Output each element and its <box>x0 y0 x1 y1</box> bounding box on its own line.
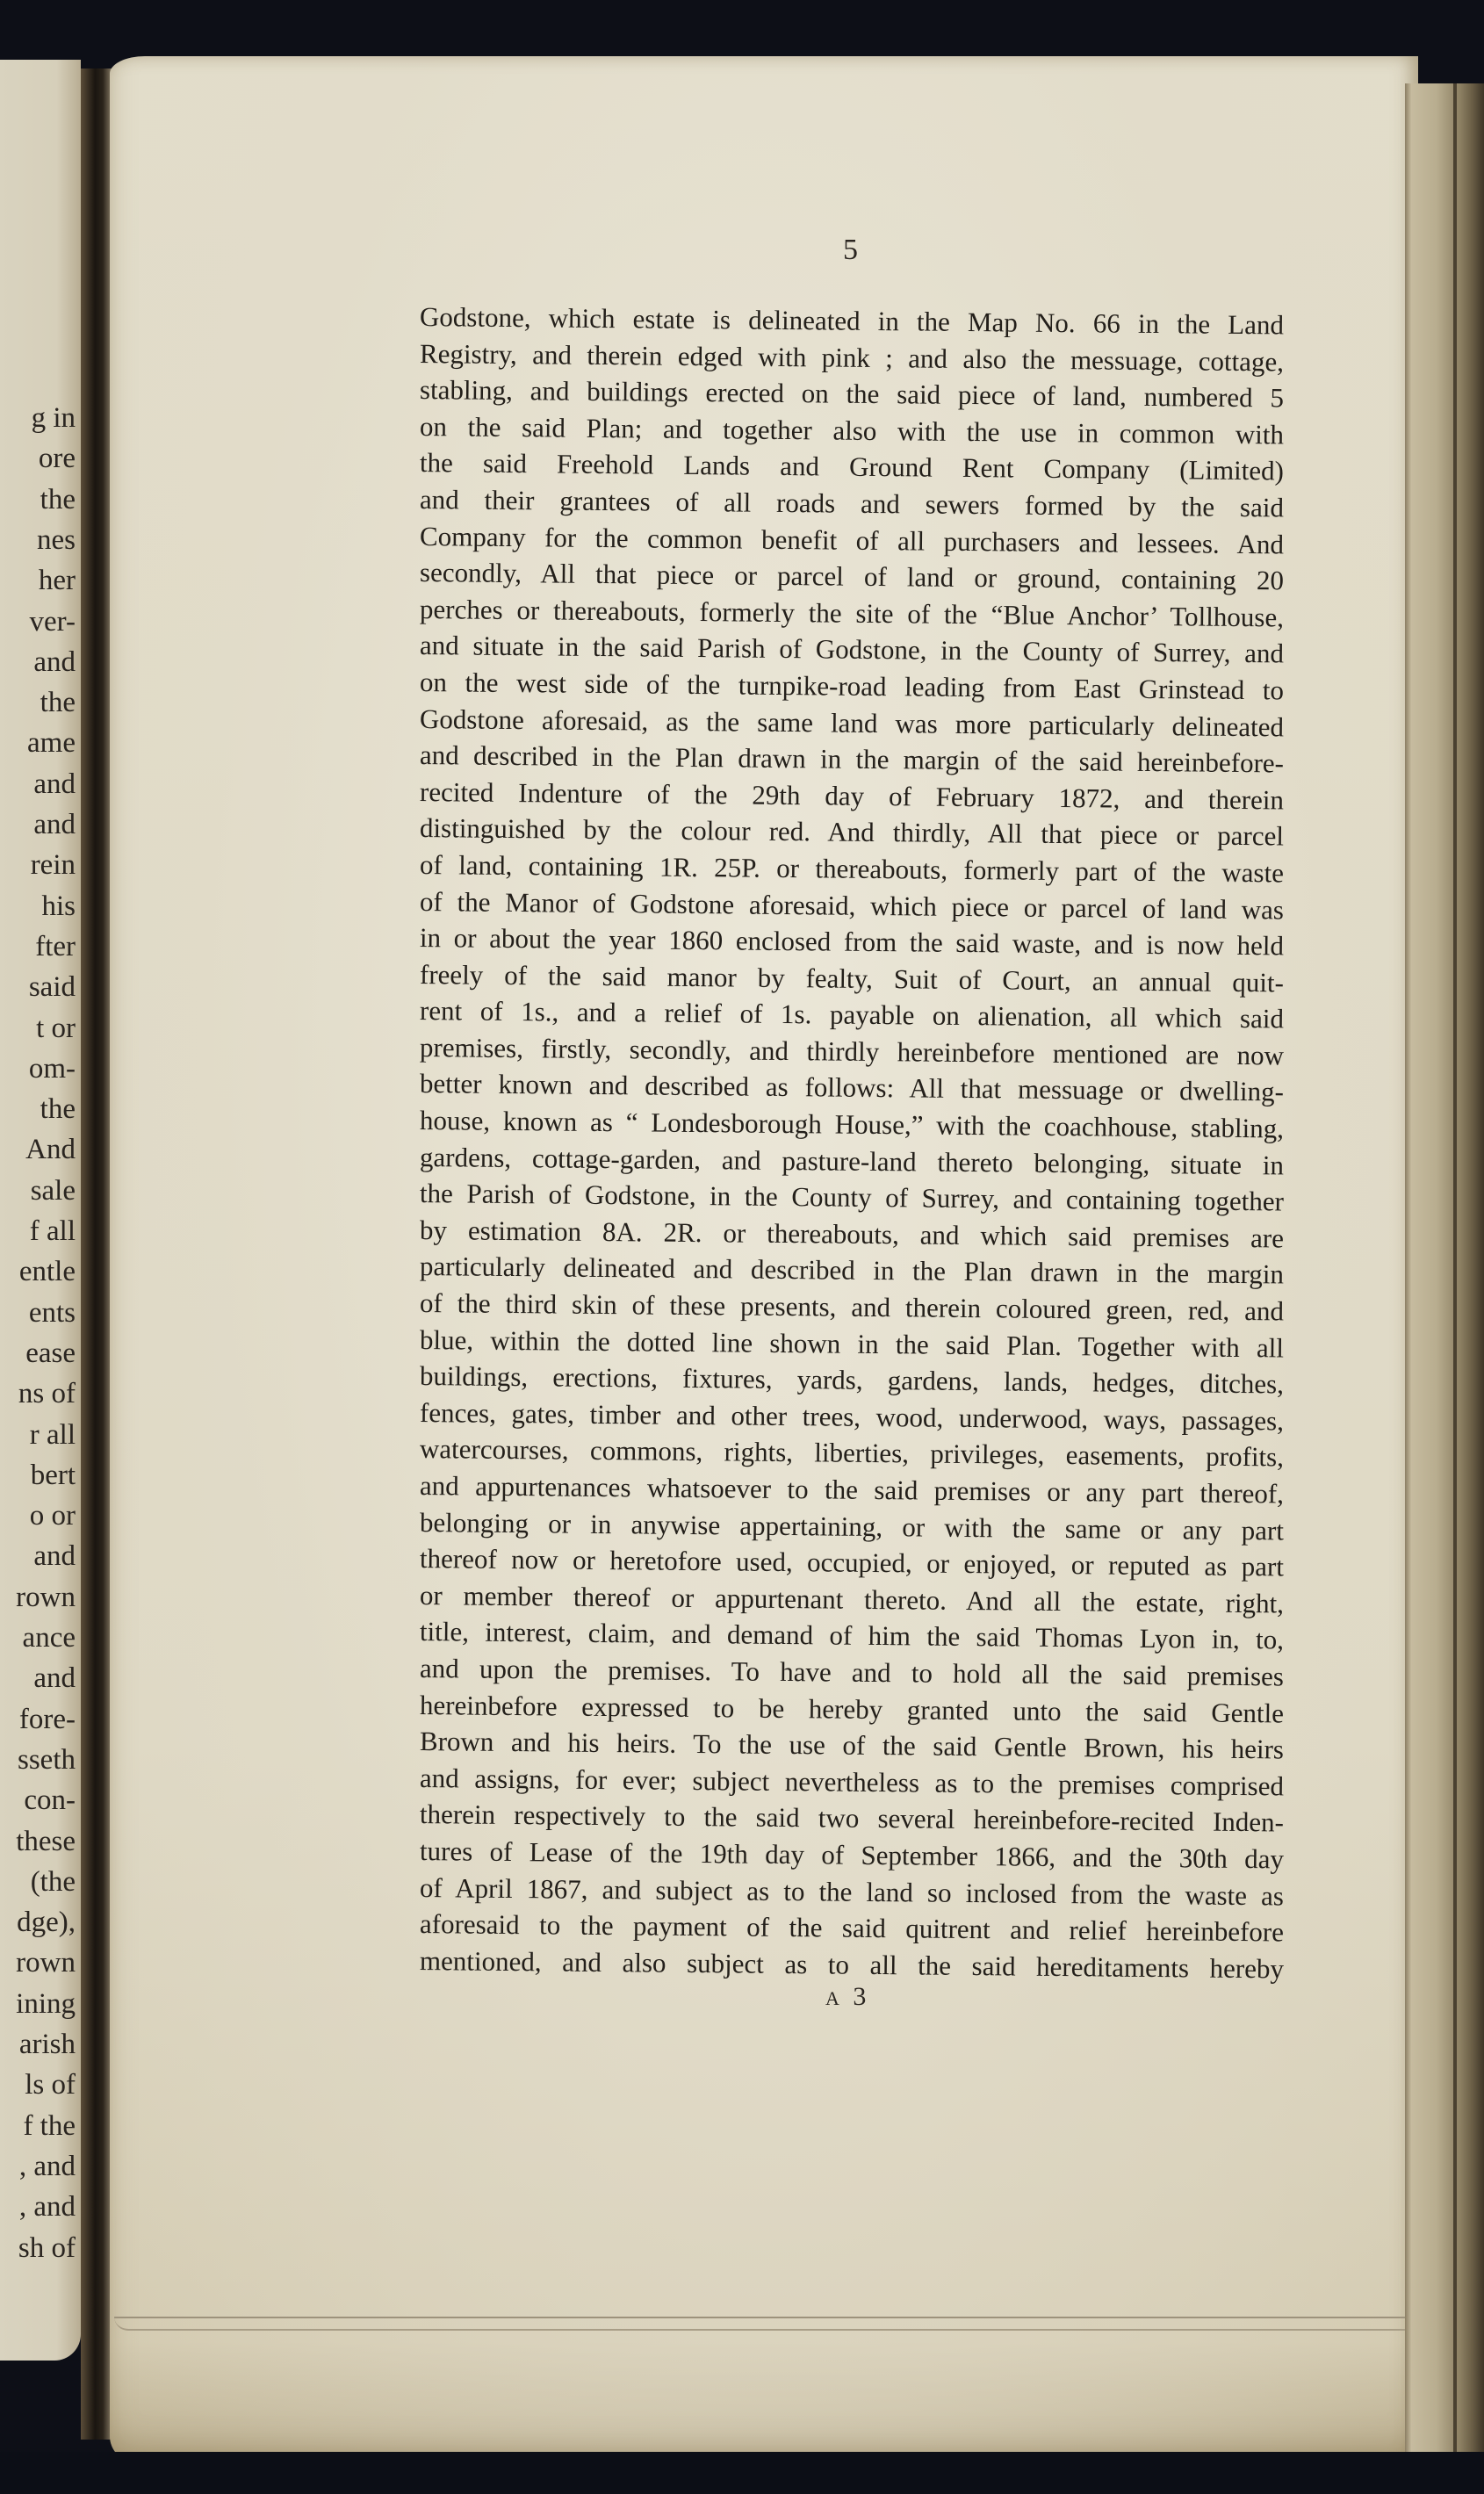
left-page-text-fragment: t or <box>36 1011 76 1048</box>
left-page-text-fragment: con- <box>24 1783 76 1820</box>
left-page-text-fragment: ining <box>16 1986 76 2023</box>
left-page-text-fragment: sseth <box>18 1742 76 1779</box>
left-page-text-fragment: arish <box>19 2027 76 2064</box>
body-text: Godstone, which estate is delineated in … <box>420 299 1284 1979</box>
left-page-text-fragment: ns of <box>18 1376 76 1413</box>
left-page-text-fragment: fore- <box>19 1702 76 1739</box>
signature-letter: A <box>825 1987 843 2009</box>
page-fold-crease <box>114 2317 1405 2331</box>
left-page-text-fragment: And <box>25 1132 76 1169</box>
left-page-text-fragment: said <box>29 969 76 1006</box>
left-page-text-fragment: her <box>39 563 76 600</box>
dark-background-bottom <box>0 2452 1484 2494</box>
page-edges-stack <box>1405 83 1484 2454</box>
left-page-text-fragment: ls of <box>25 2067 76 2104</box>
left-page-text-fragment: ame <box>27 725 76 762</box>
left-page-text-fragment: r all <box>30 1417 76 1454</box>
left-page-text-fragment: , and <box>19 2149 76 2186</box>
left-page-text-fragment: ents <box>29 1295 76 1332</box>
book-scan: g inorethenesherver-andtheameandandreinh… <box>0 0 1484 2494</box>
left-page-text-fragment: ance <box>23 1620 76 1657</box>
left-page-text-fragment: g in <box>32 400 76 437</box>
left-page-text-fragment: his <box>41 889 76 926</box>
left-page-text-fragment: these <box>16 1824 76 1861</box>
left-page-text-fragment: sale <box>31 1173 76 1210</box>
left-page-text-fragment: f the <box>23 2108 76 2145</box>
left-page-text-fragment: the <box>40 685 76 722</box>
left-page-text-fragment: and <box>33 767 76 804</box>
facing-left-page: g inorethenesherver-andtheameandandreinh… <box>0 60 81 2361</box>
left-page-text-fragment: ease <box>25 1336 76 1373</box>
left-page-text-fragment: the <box>40 1092 76 1128</box>
left-page-text-fragment: sh of <box>18 2231 76 2267</box>
left-page-text-fragment: rown <box>16 1945 76 1982</box>
left-page-text-fragment: f all <box>30 1214 76 1251</box>
left-page-text-fragment: and <box>33 807 76 844</box>
left-page-text-fragment: nes <box>37 523 76 559</box>
left-page-text-fragment: o or <box>30 1498 76 1535</box>
signature-number: 3 <box>853 1982 869 2011</box>
left-page-text-fragment: dge), <box>17 1905 76 1942</box>
left-page-text-fragment: the <box>40 482 76 519</box>
left-page-text-fragment: , and <box>19 2189 76 2226</box>
book-gutter <box>81 68 112 2440</box>
left-page-text-fragment: (the <box>31 1864 76 1901</box>
left-page-text-fragment: ver- <box>30 604 76 641</box>
left-page-text-fragment: fter <box>35 929 76 966</box>
left-page-text-fragment: entle <box>19 1254 76 1291</box>
left-page-text-fragment: bert <box>31 1458 76 1495</box>
left-page-text-fragment: and <box>33 1539 76 1575</box>
page-number: 5 <box>843 234 858 267</box>
signature-mark: A 3 <box>825 1982 869 2012</box>
left-page-text-fragment: and <box>33 645 76 681</box>
left-page-text-fragment: om- <box>29 1051 76 1088</box>
left-page-text-fragment: and <box>33 1661 76 1698</box>
left-page-text-fragment: rein <box>31 847 76 884</box>
left-page-text-fragment: rown <box>16 1580 76 1617</box>
left-page-text-fragment: ore <box>39 441 76 478</box>
